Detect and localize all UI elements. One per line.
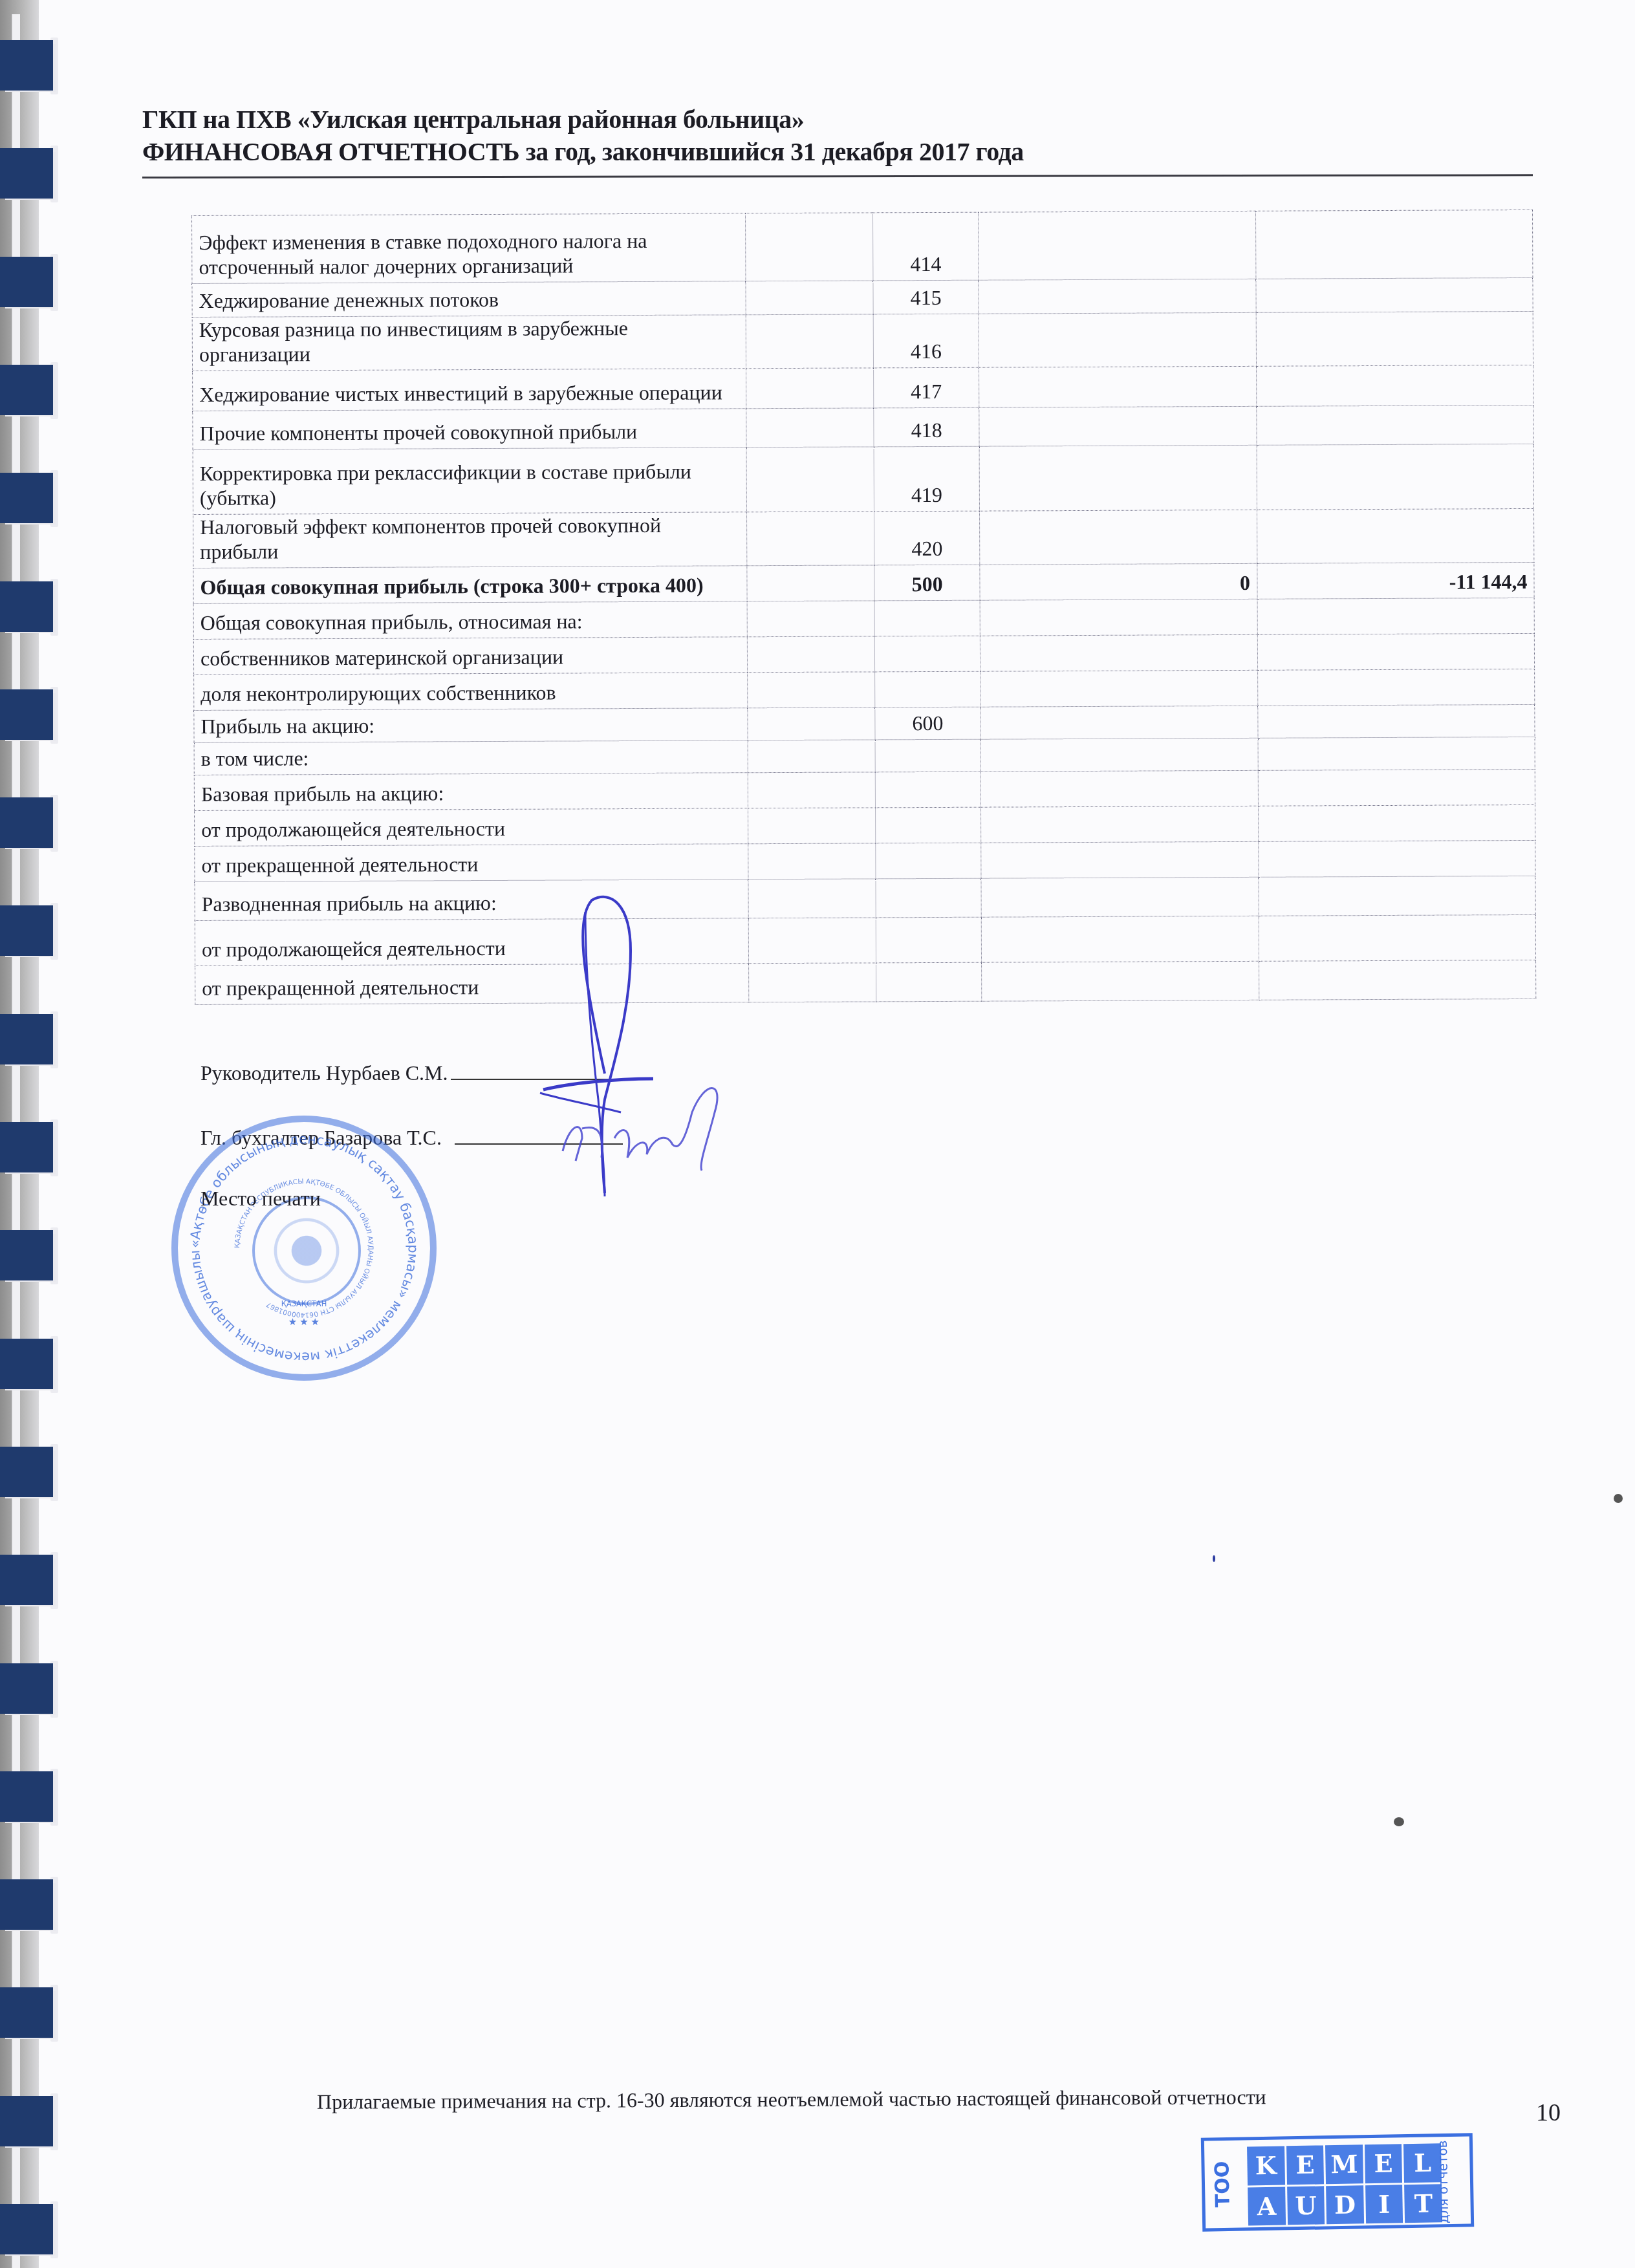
row-label: Налоговый эффект компонентов прочей сово… xyxy=(193,512,747,568)
row-code: 417 xyxy=(874,367,979,408)
binding-comb-ring xyxy=(0,2204,53,2254)
row-label: Курсовая разница по инвестициям в зарубе… xyxy=(192,315,746,371)
table-row: собственников материнской организации xyxy=(193,633,1534,675)
row-note-cell xyxy=(748,843,876,880)
table-row: Разводненная прибыль на акцию: xyxy=(195,876,1535,920)
director-signature-field xyxy=(451,1061,632,1080)
row-label: собственников материнской организации xyxy=(193,637,747,675)
audit-stamp-letters: KEMELAUDIT xyxy=(1247,2143,1442,2225)
row-note-cell xyxy=(747,565,875,601)
organization-seal: «Ақтөбе облысының денсаулық сақтау басқа… xyxy=(171,1116,437,1381)
row-code xyxy=(876,962,982,1002)
row-prior-value xyxy=(1258,737,1535,770)
row-note-cell xyxy=(746,512,874,566)
binding-comb-ring xyxy=(0,1447,53,1497)
audit-stamp-letter: D xyxy=(1326,2185,1364,2224)
row-label: Общая совокупная прибыль (строка 300+ ст… xyxy=(193,566,747,604)
header-divider xyxy=(142,174,1533,178)
row-label: Эффект изменения в ставке подоходного на… xyxy=(192,213,746,284)
row-code xyxy=(874,600,980,636)
binding-comb-ring xyxy=(0,1555,53,1605)
row-code xyxy=(876,843,981,879)
binding-comb-ring xyxy=(0,1663,53,1714)
row-code xyxy=(875,636,980,672)
row-label: Базовая прибыль на акцию: xyxy=(194,773,748,811)
table-row: от продолжающейся деятельности xyxy=(195,914,1535,966)
binding-comb-ring xyxy=(0,1014,53,1064)
row-note-cell xyxy=(747,601,875,637)
row-label: доля неконтролирующих собственников xyxy=(194,673,748,711)
accountant-signature-field xyxy=(455,1125,623,1145)
row-code: 416 xyxy=(873,314,979,368)
binding-comb-ring xyxy=(0,1122,53,1172)
row-prior-value xyxy=(1257,669,1535,706)
row-prior-value: -11 144,4 xyxy=(1257,562,1534,599)
audit-stamp-letter: E xyxy=(1365,2144,1403,2183)
row-note-cell xyxy=(747,672,875,708)
row-current-value xyxy=(980,510,1257,565)
row-label: Хеджирование денежных потоков xyxy=(192,281,746,318)
row-current-value xyxy=(981,806,1259,843)
organization-title: ГКП на ПХВ «Уилская центральная районная… xyxy=(142,103,1024,136)
binding-comb-ring xyxy=(0,797,53,848)
row-prior-value xyxy=(1256,405,1533,445)
row-note-cell xyxy=(748,963,876,1002)
row-note-cell xyxy=(748,918,876,964)
table-row: Базовая прибыль на акцию: xyxy=(194,769,1535,810)
row-prior-value xyxy=(1257,508,1534,563)
row-current-value xyxy=(982,961,1259,1001)
table-row: Эффект изменения в ставке подоходного на… xyxy=(192,210,1533,283)
row-prior-value xyxy=(1256,365,1533,406)
row-prior-value xyxy=(1255,210,1533,279)
binding-comb-ring xyxy=(0,581,53,632)
binding-comb-ring xyxy=(0,1339,53,1389)
row-code: 418 xyxy=(874,407,979,447)
binding-comb-ring xyxy=(0,148,53,199)
row-label: в том числе: xyxy=(194,740,748,775)
row-code xyxy=(875,739,980,772)
paper-speck xyxy=(1394,1817,1404,1826)
table-row: доля неконтролирующих собственников xyxy=(194,669,1535,710)
row-current-value xyxy=(981,841,1259,878)
row-current-value xyxy=(979,279,1256,314)
binding-comb-ring xyxy=(0,2096,53,2146)
row-label: Прочие компоненты прочей совокупной приб… xyxy=(193,409,746,450)
row-code: 500 xyxy=(874,565,980,601)
row-code xyxy=(875,671,980,707)
binding-comb-ring xyxy=(0,689,53,740)
report-title: ФИНАНСОВАЯ ОТЧЕТНОСТЬ за год, закончивши… xyxy=(142,136,1024,168)
row-label: Разводненная прибыль на акцию: xyxy=(195,880,748,921)
row-note-cell xyxy=(748,740,876,773)
row-prior-value xyxy=(1258,769,1535,806)
row-current-value xyxy=(979,312,1256,367)
table-row: Хеджирование чистых инвестиций в зарубеж… xyxy=(193,365,1533,411)
row-code xyxy=(876,878,981,918)
audit-stamp-letter: A xyxy=(1248,2187,1286,2225)
row-prior-value xyxy=(1255,277,1533,312)
row-current-value xyxy=(979,366,1257,407)
row-current-value xyxy=(980,670,1258,707)
audit-stamp-suffix: для отчетов xyxy=(1436,2139,1467,2225)
row-code: 600 xyxy=(875,707,980,740)
row-prior-value xyxy=(1256,311,1533,366)
binding-comb-ring xyxy=(0,40,53,91)
table-row: от прекращенной деятельности xyxy=(195,960,1536,1004)
director-signature-line: Руководитель Нурбаев С.М. xyxy=(200,1061,632,1085)
binding-comb-ring xyxy=(0,1987,53,2038)
seal-place-label: Место печати xyxy=(200,1187,321,1211)
row-label: от прекращенной деятельности xyxy=(195,964,749,1005)
audit-stamp: ТОО KEMELAUDIT для отчетов xyxy=(1201,2133,1474,2231)
paper-speck xyxy=(1213,1555,1215,1562)
row-current-value xyxy=(981,877,1259,917)
audit-stamp-letter: U xyxy=(1287,2186,1325,2225)
row-label: от прекращенной деятельности xyxy=(195,844,748,882)
row-current-value xyxy=(980,599,1257,636)
binding-comb-ring xyxy=(0,1230,53,1280)
row-note-cell xyxy=(746,314,874,369)
row-current-value xyxy=(981,916,1259,962)
table-row: Корректировка при реклассификции в соста… xyxy=(193,444,1533,514)
row-prior-value xyxy=(1259,960,1536,1000)
row-current-value xyxy=(980,738,1258,772)
row-code xyxy=(876,807,981,843)
row-code: 419 xyxy=(874,446,979,512)
table-row: Прочие компоненты прочей совокупной приб… xyxy=(193,405,1533,449)
row-prior-value xyxy=(1258,876,1535,916)
row-code: 414 xyxy=(873,212,979,281)
svg-text:★ ★ ★: ★ ★ ★ xyxy=(288,1317,320,1328)
footer-note: Прилагаемые примечания на стр. 16-30 явл… xyxy=(317,2085,1266,2114)
row-label: Корректировка при реклассификции в соста… xyxy=(193,448,746,515)
row-current-value xyxy=(979,406,1257,446)
binding-comb-ring xyxy=(0,905,53,956)
row-current-value xyxy=(979,445,1257,511)
binding-comb-ring xyxy=(0,473,53,523)
table-row: от продолжающейся деятельности xyxy=(195,805,1535,846)
table-row: от прекращенной деятельности xyxy=(195,840,1535,881)
audit-stamp-letter: E xyxy=(1286,2145,1325,2184)
row-code: 415 xyxy=(873,280,979,314)
binding-comb-ring xyxy=(0,1771,53,1822)
audit-stamp-letter: M xyxy=(1325,2144,1363,2183)
row-note-cell xyxy=(748,772,876,808)
row-code: 420 xyxy=(874,511,980,565)
row-prior-value xyxy=(1257,633,1535,670)
page-number: 10 xyxy=(1536,2099,1561,2127)
row-note-cell xyxy=(748,707,876,740)
table-row: Общая совокупная прибыль (строка 300+ ст… xyxy=(193,562,1534,603)
comprehensive-income-table: Эффект изменения в ставке подоходного на… xyxy=(191,210,1536,1005)
row-prior-value xyxy=(1257,598,1535,634)
row-current-value xyxy=(979,211,1256,280)
row-note-cell xyxy=(745,213,873,281)
row-note-cell xyxy=(746,447,874,512)
binding-comb-ring xyxy=(0,1879,53,1930)
row-note-cell xyxy=(747,636,875,673)
state-emblem-icon xyxy=(252,1196,361,1305)
audit-stamp-prefix: ТОО xyxy=(1211,2141,1244,2229)
row-label: от продолжающейся деятельности xyxy=(195,808,748,847)
table-row: Прибыль на акцию:600 xyxy=(194,704,1535,742)
table-row: Налоговый эффект компонентов прочей сово… xyxy=(193,508,1534,568)
binding-comb-ring xyxy=(0,257,53,307)
row-note-cell xyxy=(748,879,876,918)
paper-speck xyxy=(1614,1494,1623,1503)
row-note-cell xyxy=(748,808,876,844)
row-current-value xyxy=(980,634,1257,671)
table-row: Общая совокупная прибыль, относимая на: xyxy=(193,598,1534,639)
table-row: Хеджирование денежных потоков415 xyxy=(192,277,1533,317)
row-label: от продолжающейся деятельности xyxy=(195,918,748,966)
row-current-value: 0 xyxy=(980,563,1257,600)
audit-stamp-letter: K xyxy=(1247,2146,1285,2185)
table-row: Курсовая разница по инвестициям в зарубе… xyxy=(192,311,1533,371)
row-prior-value xyxy=(1257,444,1534,510)
row-prior-value xyxy=(1257,704,1535,738)
row-note-cell xyxy=(746,368,874,409)
row-prior-value xyxy=(1259,914,1536,961)
row-current-value xyxy=(980,770,1258,807)
row-prior-value xyxy=(1258,805,1535,841)
row-label: Прибыль на акцию: xyxy=(194,708,748,743)
row-label: Хеджирование чистых инвестиций в зарубеж… xyxy=(193,369,746,411)
row-note-cell xyxy=(746,281,874,315)
row-note-cell xyxy=(746,408,874,448)
table-row: в том числе: xyxy=(194,737,1535,775)
row-prior-value xyxy=(1258,840,1535,877)
director-label: Руководитель Нурбаев С.М. xyxy=(200,1061,448,1085)
row-code xyxy=(876,917,981,963)
row-current-value xyxy=(980,706,1258,739)
binding-comb-ring xyxy=(0,365,53,415)
row-label: Общая совокупная прибыль, относимая на: xyxy=(193,601,747,640)
audit-stamp-letter: I xyxy=(1365,2185,1403,2223)
document-header: ГКП на ПХВ «Уилская центральная районная… xyxy=(142,103,1024,168)
row-code xyxy=(875,772,980,808)
